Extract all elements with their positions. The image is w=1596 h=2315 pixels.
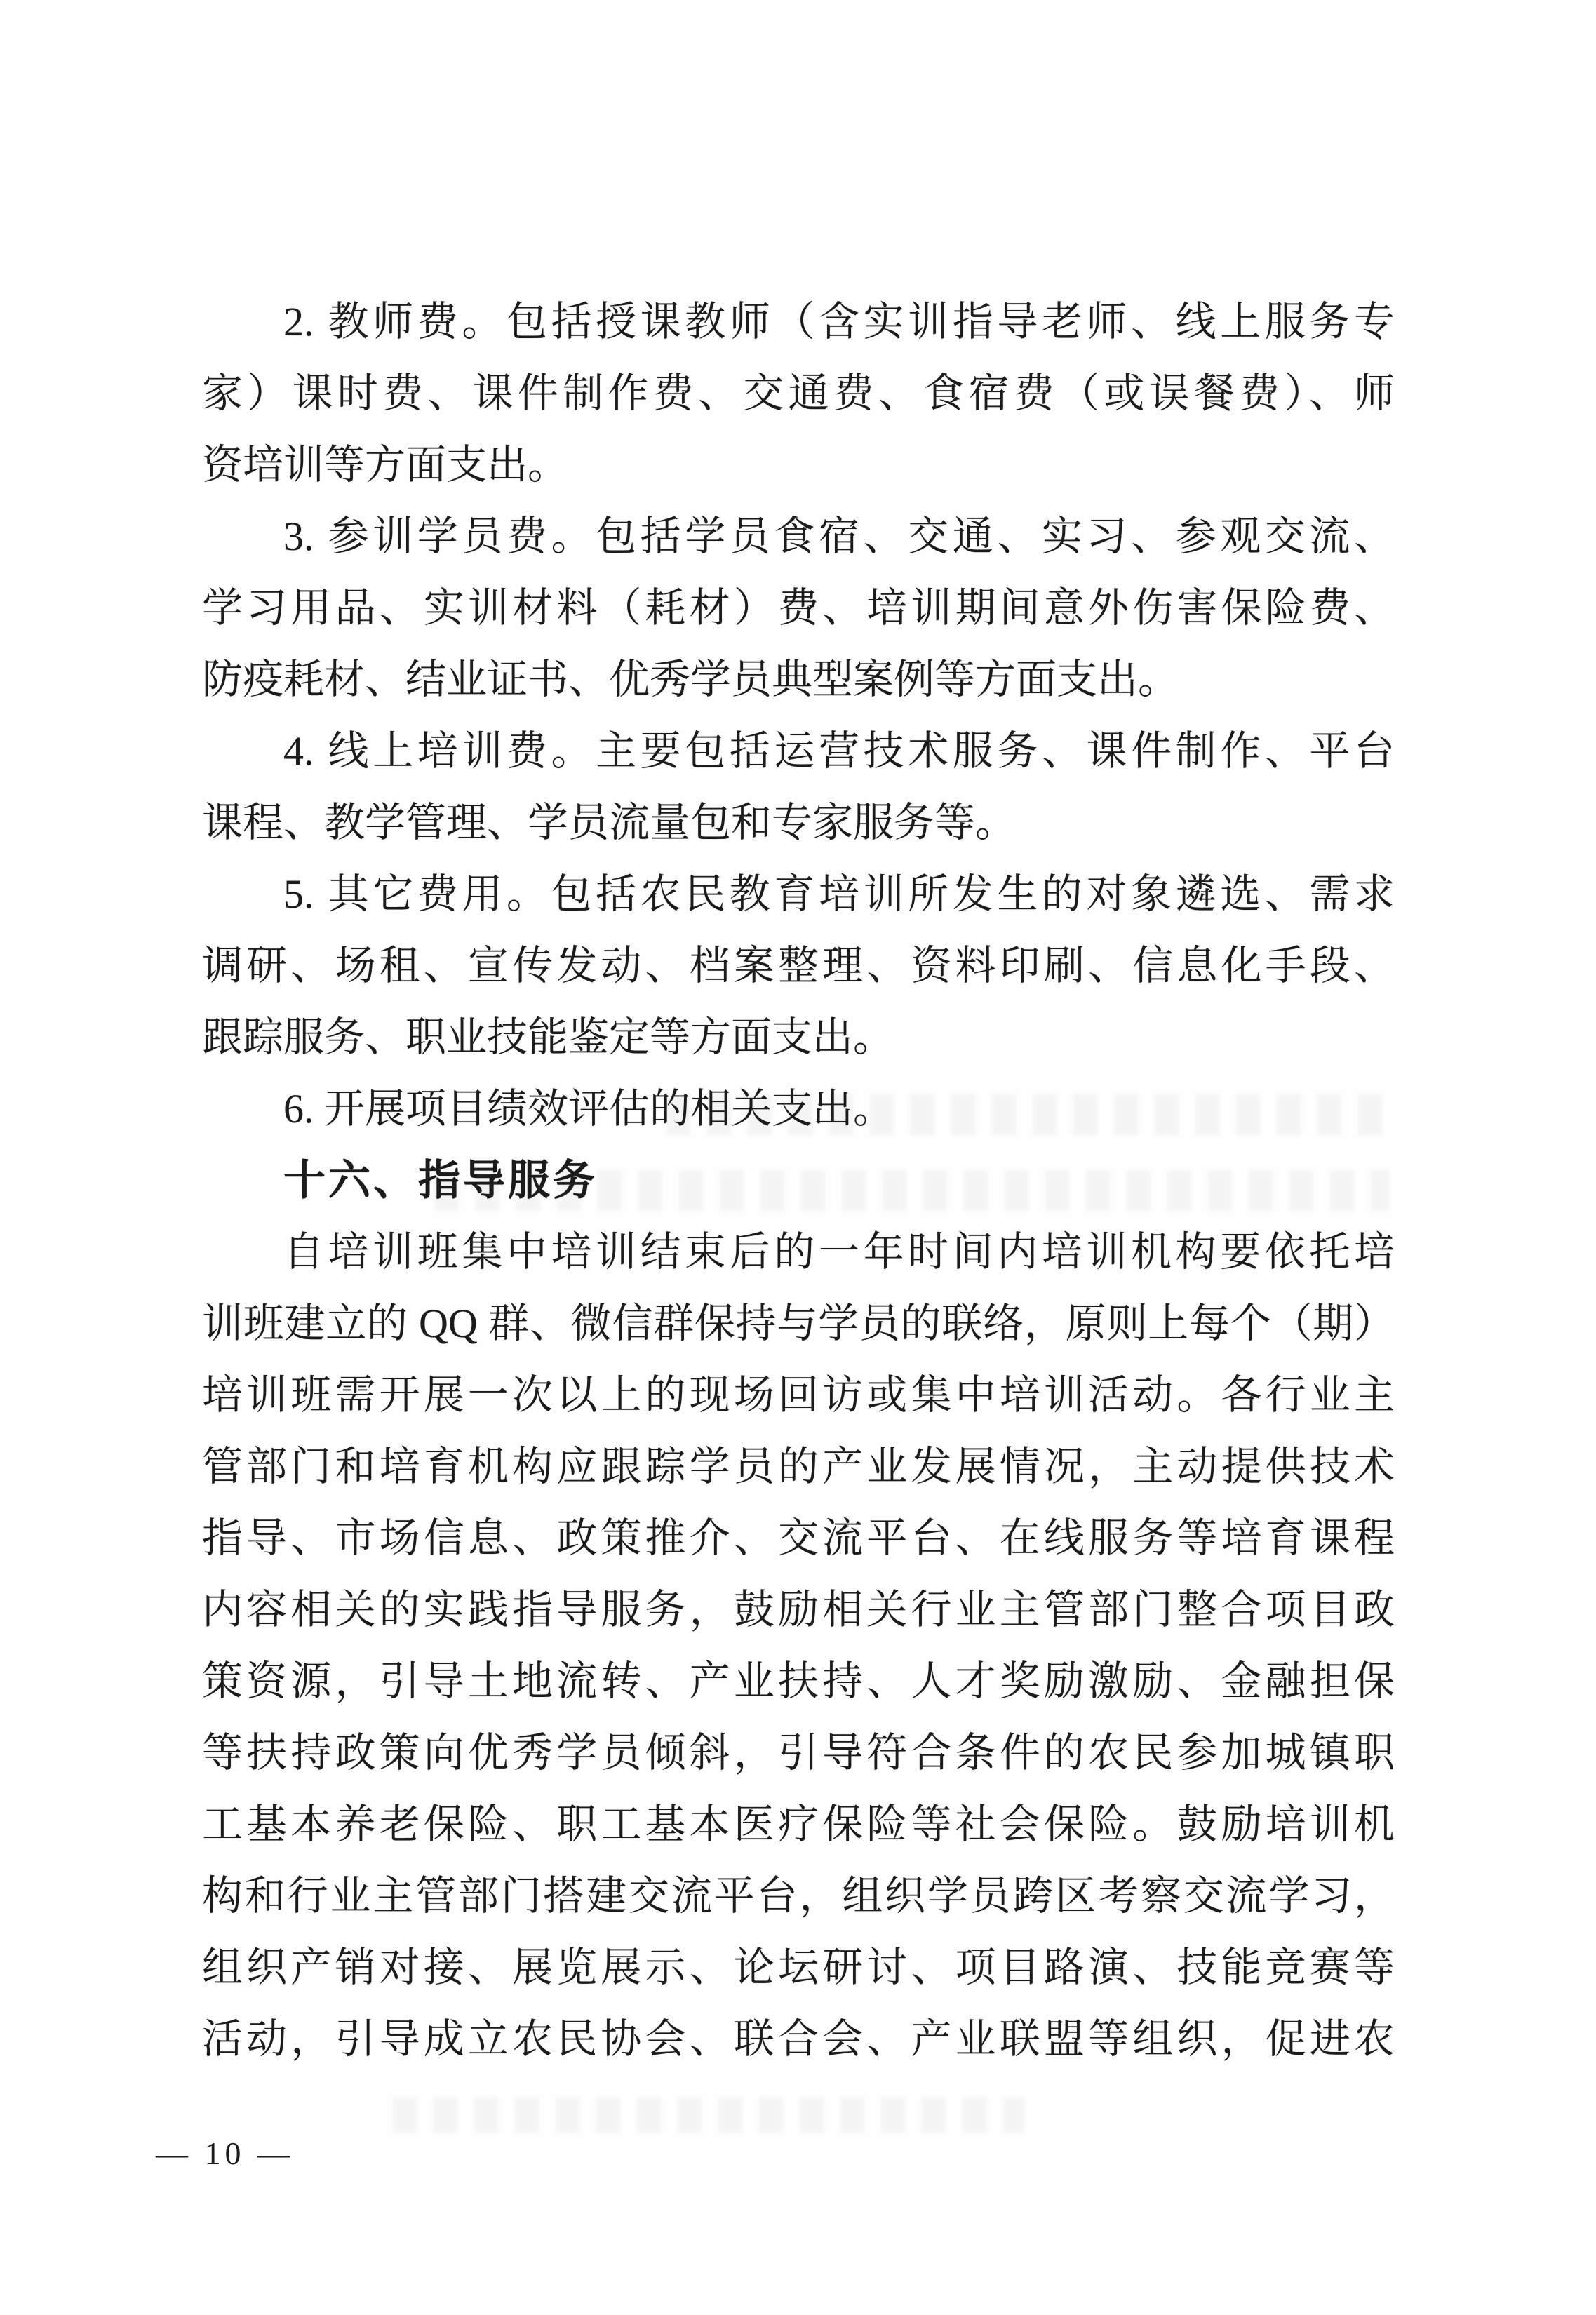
text-line: 培训班需开展一次以上的现场回访或集中培训活动。各行业主 <box>202 1360 1395 1431</box>
text-line: 构和行业主管部门搭建交流平台，组织学员跨区考察交流学习， <box>202 1860 1395 1932</box>
text-line: 家）课时费、课件制作费、交通费、食宿费（或误餐费）、师 <box>202 358 1395 429</box>
text-line: 资培训等方面支出。 <box>202 429 1395 501</box>
section-heading: 十六、指导服务 <box>202 1145 1395 1216</box>
text-line: 内容相关的实践指导服务，鼓励相关行业主管部门整合项目政 <box>202 1574 1395 1646</box>
document-body: 2. 教师费。包括授课教师（含实训指导老师、线上服务专家）课时费、课件制作费、交… <box>202 286 1395 2075</box>
text-line: 2. 教师费。包括授课教师（含实训指导老师、线上服务专 <box>202 286 1395 358</box>
text-line: 管部门和培育机构应跟踪学员的产业发展情况，主动提供技术 <box>202 1431 1395 1503</box>
text-line: 自培训班集中培训结束后的一年时间内培训机构要依托培 <box>202 1216 1395 1288</box>
text-line: 4. 线上培训费。主要包括运营技术服务、课件制作、平台 <box>202 716 1395 787</box>
text-line: 等扶持政策向优秀学员倾斜，引导符合条件的农民参加城镇职 <box>202 1717 1395 1789</box>
text-line: 训班建立的 QQ 群、微信群保持与学员的联络，原则上每个（期） <box>202 1288 1395 1360</box>
text-line: 防疫耗材、结业证书、优秀学员典型案例等方面支出。 <box>202 644 1395 716</box>
text-line: 活动，引导成立农民协会、联合会、产业联盟等组织，促进农 <box>202 2004 1395 2075</box>
page-number: — 10 — <box>156 2133 294 2175</box>
text-line: 组织产销对接、展览展示、论坛研讨、项目路演、技能竞赛等 <box>202 1932 1395 2004</box>
text-line: 课程、教学管理、学员流量包和专家服务等。 <box>202 787 1395 859</box>
text-line: 策资源，引导土地流转、产业扶持、人才奖励激励、金融担保 <box>202 1646 1395 1717</box>
text-line: 调研、场租、宣传发动、档案整理、资料印刷、信息化手段、 <box>202 930 1395 1002</box>
document-page: 2. 教师费。包括授课教师（含实训指导老师、线上服务专家）课时费、课件制作费、交… <box>0 0 1596 2315</box>
text-line: 学习用品、实训材料（耗材）费、培训期间意外伤害保险费、 <box>202 572 1395 644</box>
text-line: 6. 开展项目绩效评估的相关支出。 <box>202 1073 1395 1145</box>
text-line: 工基本养老保险、职工基本医疗保险等社会保险。鼓励培训机 <box>202 1789 1395 1860</box>
text-line: 跟踪服务、职业技能鉴定等方面支出。 <box>202 1002 1395 1073</box>
text-line: 5. 其它费用。包括农民教育培训所发生的对象遴选、需求 <box>202 859 1395 930</box>
scan-artifact <box>393 2098 1024 2133</box>
text-line: 指导、市场信息、政策推介、交流平台、在线服务等培育课程 <box>202 1503 1395 1574</box>
text-line: 3. 参训学员费。包括学员食宿、交通、实习、参观交流、 <box>202 501 1395 572</box>
